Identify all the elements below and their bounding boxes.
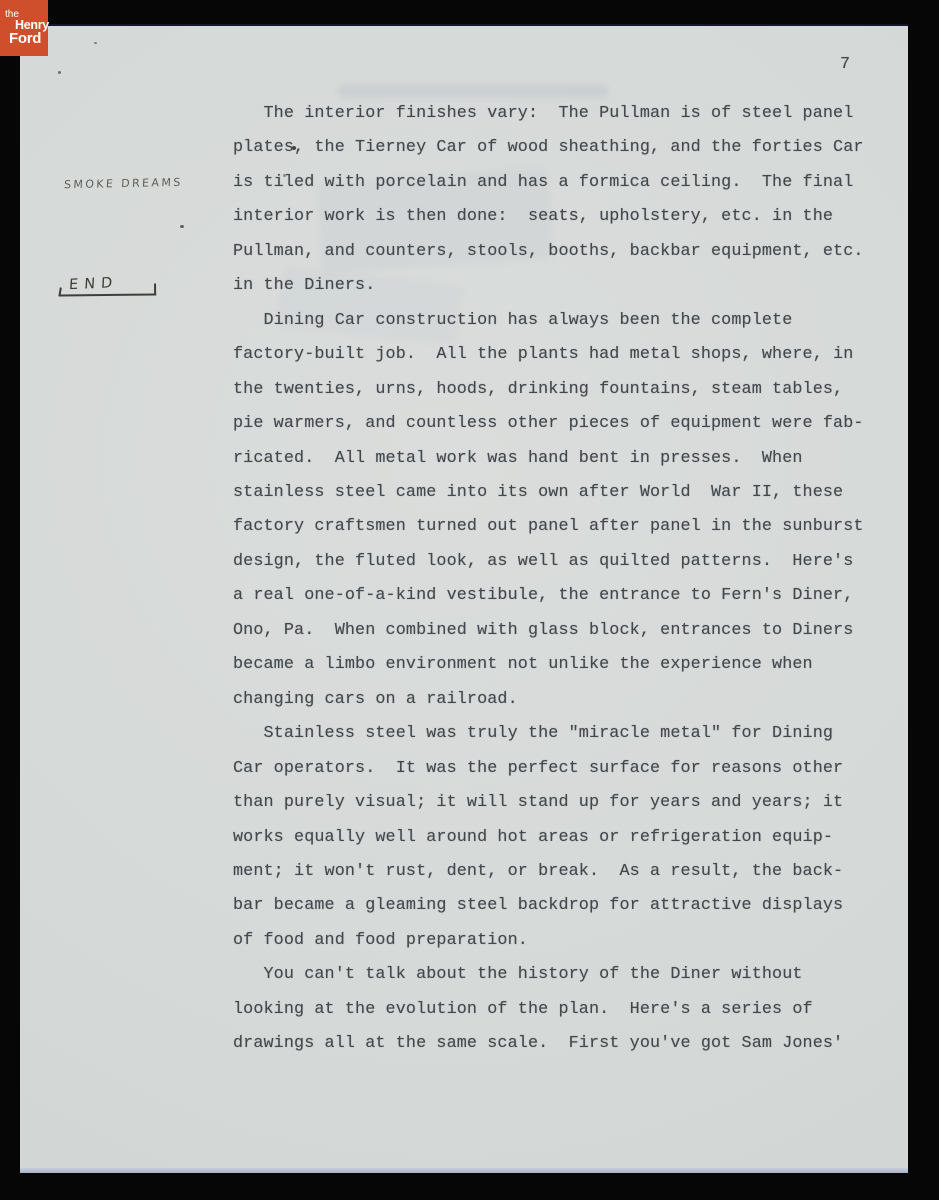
typed-text: The interior finishes vary: The Pullman … xyxy=(233,97,864,1062)
dust-speck xyxy=(58,71,61,74)
margin-note-end: END xyxy=(60,267,156,296)
end-note-label: END xyxy=(69,275,119,293)
dust-speck xyxy=(94,42,97,44)
logo-word-ford: Ford xyxy=(9,30,41,47)
margin-note-smoke-dreams: SMOKE DREAMS xyxy=(64,176,183,192)
dust-speck xyxy=(180,225,184,228)
henry-ford-logo: the Henry Ford xyxy=(0,0,48,56)
page-number: 7 xyxy=(840,55,850,74)
photo-background: 7 The interior finishes vary: The Pullma… xyxy=(0,0,939,1200)
dust-speck xyxy=(283,174,286,177)
dust-speck xyxy=(292,146,296,150)
bleed-through-smudge xyxy=(338,84,608,98)
document-page: 7 The interior finishes vary: The Pullma… xyxy=(20,26,908,1169)
